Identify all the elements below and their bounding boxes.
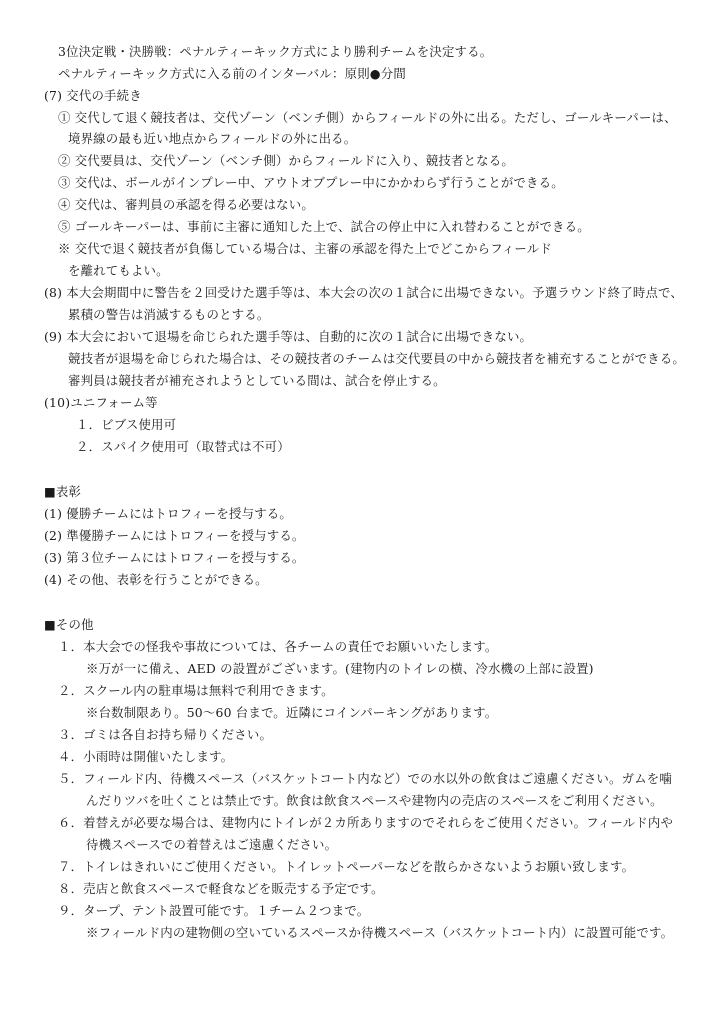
text-line: ※ 交代で退く競技者が負傷している場合は、主審の承認を得た上でどこからフィールド: [58, 241, 552, 257]
text-line: 境界線の最も近い地点からフィールドの外に出る。: [68, 131, 356, 147]
text-line: ３．ゴミは各自お持ち帰りください。: [58, 727, 272, 743]
text-line: ① 交代して退く競技者は、交代ゾーン（ベンチ側）からフィールドの外に出る。ただし…: [58, 110, 677, 126]
text-line: １．本大会での怪我や事故については、各チームの責任でお願いいたします。: [58, 639, 497, 655]
text-line: ８．売店と飲食スペースで軽食などを販売する予定です。: [58, 881, 384, 897]
text-line: 待機スペースでの着替えはご遠慮ください。: [86, 837, 337, 853]
text-line: ② 交代要員は、交代ゾーン（ベンチ側）からフィールドに入り、競技者となる。: [58, 153, 514, 169]
text-line: 競技者が退場を命じられた場合は、その競技者のチームは交代要員の中から競技者を補充…: [68, 351, 685, 367]
text-line: ２．スクール内の駐車場は無料で利用できます。: [58, 683, 334, 699]
text-line: ③ 交代は、ボールがインプレー中、アウトオブプレー中にかかわらず行うことができる…: [58, 175, 564, 191]
text-line: ６．着替えが必要な場合は、建物内にトイレが２カ所ありますのでそれらをご使用くださ…: [58, 815, 673, 831]
text-line: ９．タープ、テント設置可能です。１チーム２つまで。: [58, 903, 369, 919]
text-line: (4) その他、表彰を行うことができる。: [44, 572, 268, 588]
text-line: ４．小雨時は開催いたします。: [58, 749, 233, 765]
text-line: ■表彰: [44, 484, 81, 500]
text-line: ⑤ ゴールキーパーは、事前に主審に通知した上で、試合の停止中に入れ替わることがで…: [58, 219, 590, 235]
text-line: 3位決定戦・決勝戦：ペナルティーキック方式により勝利チームを決定する。: [58, 44, 492, 60]
text-line: を離れてもよい。: [68, 263, 169, 279]
text-line: １．ビブス使用可: [76, 417, 176, 433]
text-line: ２．スパイク使用可（取替式は不可）: [76, 439, 290, 455]
text-line: (10)ユニフォーム等: [44, 395, 158, 411]
text-line: ■その他: [44, 617, 94, 633]
text-line: (3) 第３位チームにはトロフィーを授与する。: [44, 550, 305, 566]
text-line: ７．トイレはきれいにご使用ください。トイレットペーパーなどを散らかさないようお願…: [58, 859, 634, 875]
document-page: 3位決定戦・決勝戦：ペナルティーキック方式により勝利チームを決定する。ペナルティ…: [0, 0, 724, 1024]
text-line: ペナルティーキック方式に入る前のインターバル：原則●分間: [58, 66, 406, 82]
text-line: (9) 本大会において退場を命じられた選手等は、自動的に次の１試合に出場できない…: [44, 329, 532, 345]
text-line: ※フィールド内の建物側の空いているスペースか待機スペース（バスケットコート内）に…: [86, 925, 673, 941]
text-line: ５．フィールド内、待機スペース（バスケットコート内など）での水以外の飲食はご遠慮…: [58, 771, 672, 787]
text-line: (7) 交代の手続き: [44, 88, 142, 104]
text-line: (1) 優勝チームにはトロフィーを授与する。: [44, 506, 292, 522]
text-line: ※万が一に備え、AED の設置がございます。(建物内のトイレの横、冷水機の上部に…: [86, 661, 594, 677]
text-line: 累積の警告は消滅するものとする。: [68, 307, 269, 323]
text-line: んだりツバを吐くことは禁止です。飲食は飲食スペースや建物内の売店のスペースをご利…: [86, 793, 663, 809]
text-line: 審判員は競技者が補充されようとしている間は、試合を停止する。: [68, 373, 446, 389]
text-line: (2) 準優勝チームにはトロフィーを授与する。: [44, 528, 305, 544]
text-line: (8) 本大会期間中に警告を２回受けた選手等は、本大会の次の１試合に出場できない…: [44, 285, 683, 301]
text-line: ※台数制限あり。50～60 台まで。近隣にコインパーキングがあります。: [86, 705, 497, 721]
text-line: ④ 交代は、審判員の承認を得る必要はない。: [58, 197, 314, 213]
